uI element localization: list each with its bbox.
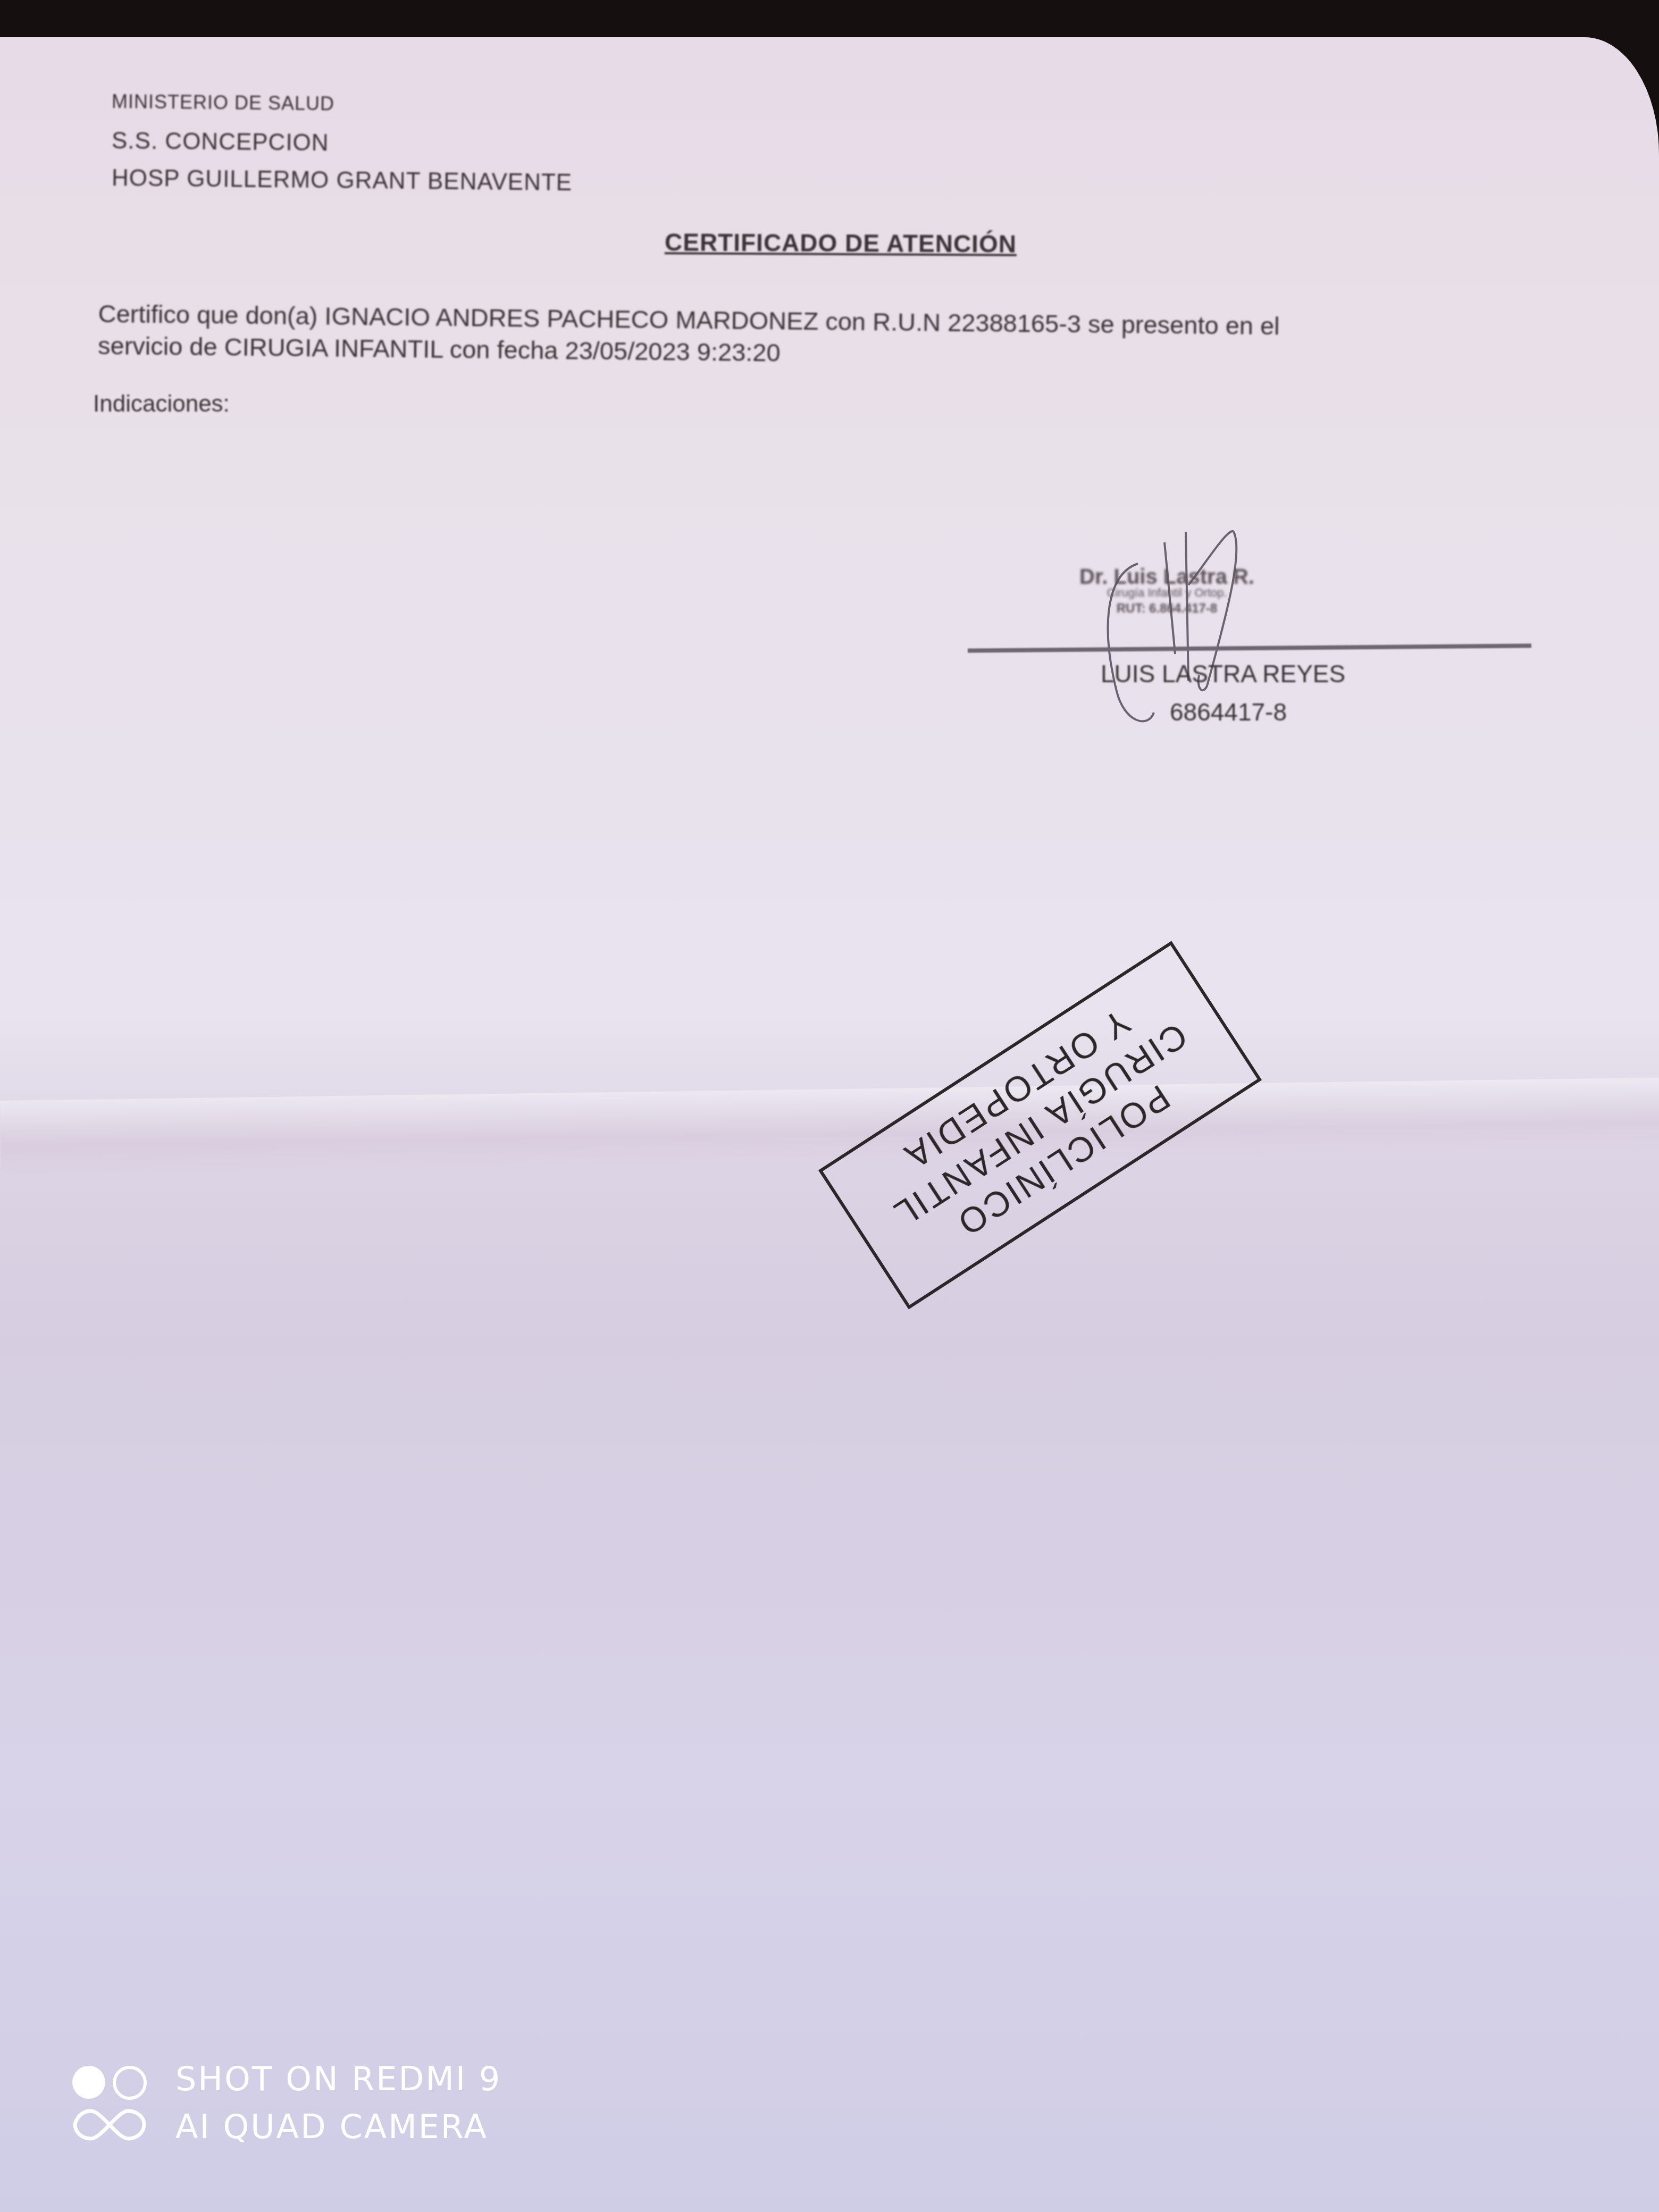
header-hospital: HOSP GUILLERMO GRANT BENAVENTE xyxy=(112,165,573,196)
watermark-line2: AI QUAD CAMERA xyxy=(175,2103,501,2151)
header-ministry: MINISTERIO DE SALUD xyxy=(112,90,334,115)
signature-block: Dr. Luis Lastra R. Cirugía Infantil y Or… xyxy=(968,526,1537,728)
doctor-stamp: Dr. Luis Lastra R. Cirugía Infantil y Or… xyxy=(1079,569,1254,617)
signer-rut: 6864417-8 xyxy=(1170,698,1287,726)
camera-watermark: SHOT ON REDMI 9 AI QUAD CAMERA xyxy=(69,2055,501,2151)
camera-logo-icon xyxy=(69,2063,154,2143)
document-title: CERTIFICADO DE ATENCIÓN xyxy=(665,228,1017,258)
header-service: S.S. CONCEPCION xyxy=(112,128,329,156)
indications-label: Indicaciones: xyxy=(93,391,230,417)
watermark-line1: SHOT ON REDMI 9 xyxy=(175,2055,501,2103)
signer-name: LUIS LASTRA REYES xyxy=(1101,659,1345,688)
